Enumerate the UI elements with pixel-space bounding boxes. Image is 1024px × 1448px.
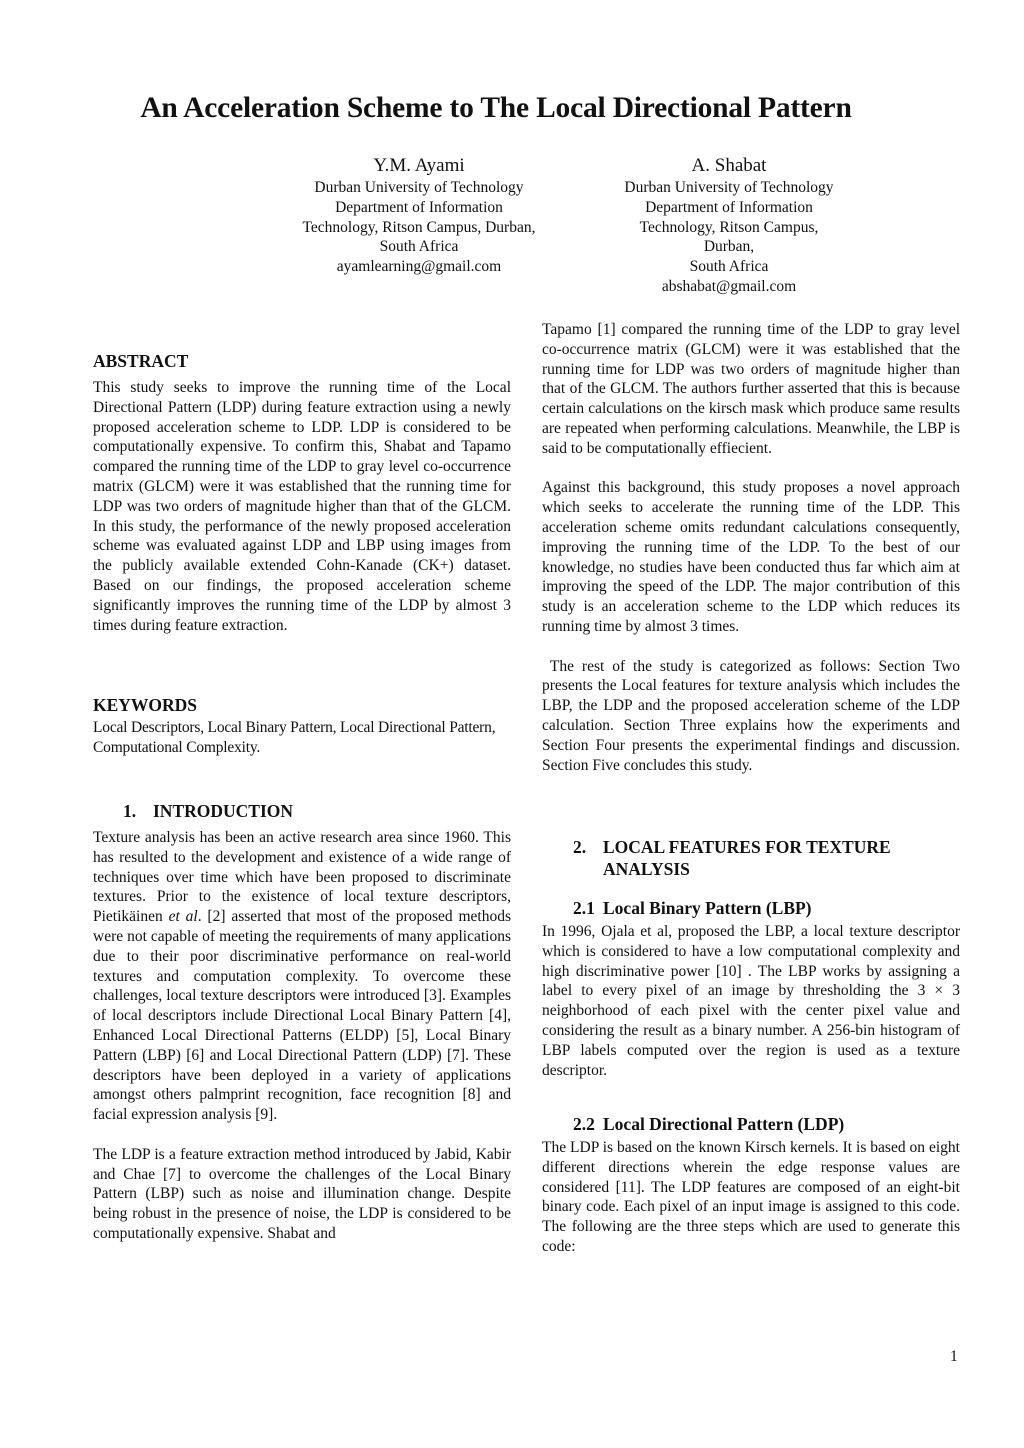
ldp-paragraph: The LDP is based on the known Kirsch ker… (542, 1138, 960, 1257)
keywords-body: Local Descriptors, Local Binary Pattern,… (93, 718, 503, 758)
section-heading-introduction: 1.INTRODUCTION (123, 800, 293, 822)
abstract-heading: ABSTRACT (93, 350, 188, 372)
author-block-2: A. Shabat Durban University of Technolog… (598, 154, 860, 297)
subsection-number: 2.2 (573, 1113, 603, 1135)
intro-paragraph-2-cont: Tapamo [1] compared the running time of … (542, 320, 960, 459)
subsection-heading-lbp: 2.1Local Binary Pattern (LBP) (573, 897, 812, 919)
author-affiliation-line: Technology, Ritson Campus, (598, 218, 860, 238)
subsection-title: Local Directional Pattern (LDP) (603, 1113, 844, 1135)
intro-text: . [2] asserted that most of the proposed… (93, 908, 511, 1123)
lbp-paragraph: In 1996, Ojala et al, proposed the LBP, … (542, 922, 960, 1080)
section-number: 1. (123, 800, 153, 822)
intro-paragraph-2: The LDP is a feature extraction method i… (93, 1145, 511, 1244)
author-block-1: Y.M. Ayami Durban University of Technolo… (280, 154, 558, 277)
author-affiliation-line: Department of Information (598, 198, 860, 218)
author-email: abshabat@gmail.com (598, 277, 860, 297)
section-number: 2. (573, 836, 603, 858)
subsection-number: 2.1 (573, 897, 603, 919)
author-affiliation-line: Durban, (598, 237, 860, 257)
intro-continued-body: Tapamo [1] compared the running time of … (542, 320, 960, 775)
abstract-body: This study seeks to improve the running … (93, 378, 511, 635)
author-affiliation-line: South Africa (280, 237, 558, 257)
author-affiliation-line: Durban University of Technology (598, 178, 860, 198)
author-name: A. Shabat (598, 154, 860, 178)
section-title: INTRODUCTION (153, 800, 293, 822)
author-affiliation-line: Department of Information (280, 198, 558, 218)
section-title-line: LOCAL FEATURES FOR TEXTURE (603, 836, 891, 858)
intro-paragraph-3: Against this background, this study prop… (542, 478, 960, 636)
section-heading-local-features: 2.LOCAL FEATURES FOR TEXTUREANALYSIS (573, 836, 891, 880)
introduction-body: Texture analysis has been an active rese… (93, 828, 511, 1244)
lbp-body: In 1996, Ojala et al, proposed the LBP, … (542, 922, 960, 1080)
author-affiliation-line: South Africa (598, 257, 860, 277)
subsection-title: Local Binary Pattern (LBP) (603, 897, 812, 919)
page-number: 1 (950, 1348, 958, 1366)
section-title-line: ANALYSIS (603, 858, 891, 880)
intro-paragraph-1: Texture analysis has been an active rese… (93, 828, 511, 1125)
section-title: LOCAL FEATURES FOR TEXTUREANALYSIS (603, 836, 891, 880)
ldp-body: The LDP is based on the known Kirsch ker… (542, 1138, 960, 1257)
author-affiliation-line: Technology, Ritson Campus, Durban, (280, 218, 558, 238)
keywords-heading: KEYWORDS (93, 694, 197, 716)
paper-title: An Acceleration Scheme to The Local Dire… (0, 92, 992, 125)
abstract-text: This study seeks to improve the running … (93, 378, 511, 635)
intro-paragraph-4: The rest of the study is categorized as … (542, 657, 960, 776)
author-affiliation-line: Durban University of Technology (280, 178, 558, 198)
author-email: ayamlearning@gmail.com (280, 257, 558, 277)
intro-italic-text: et al (169, 908, 198, 925)
author-name: Y.M. Ayami (280, 154, 558, 178)
keywords-text: Local Descriptors, Local Binary Pattern,… (93, 718, 503, 758)
subsection-heading-ldp: 2.2Local Directional Pattern (LDP) (573, 1113, 844, 1135)
